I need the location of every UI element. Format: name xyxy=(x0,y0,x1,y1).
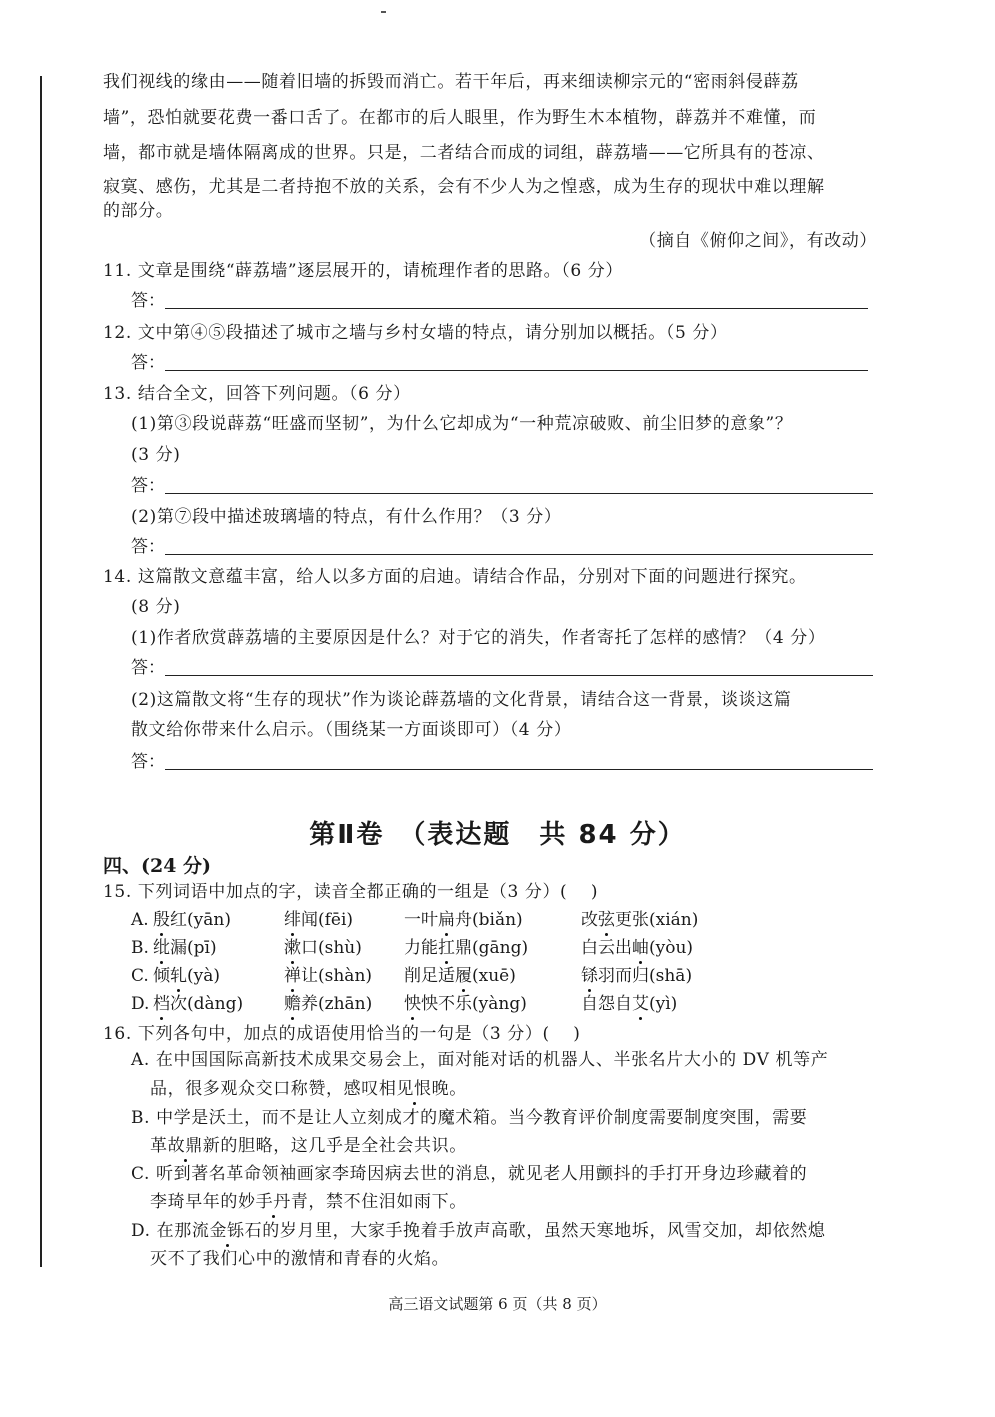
emphasis-char: 绯 xyxy=(284,910,301,930)
emphasis-idiom: 革故鼎新 xyxy=(150,1136,220,1156)
question-13-sub1: (1)第③段说薜荔“旺盛而坚韧”，为什么它却成为“一种荒凉破败、前尘旧梦的意象”… xyxy=(131,414,792,434)
passage-line: 墙，都市就是墙体隔离成的世界。只是，二者结合而成的词组，薜荔墙——它所具有的苍凉… xyxy=(103,143,878,163)
answer-field-12[interactable]: 答： xyxy=(131,353,868,373)
option-a-line2: 品，很多观众交口称赞，感叹相见恨晚。 xyxy=(150,1079,467,1099)
word-item: 怏怏不乐(yàng) xyxy=(404,994,527,1014)
passage-line: 我们视线的缘由——随着旧墙的拆毁而消亡。若干年后，再来细读柳宗元的“密雨斜侵薜荔 xyxy=(103,72,878,92)
option-c-line2: 李琦早年的妙手丹青，禁不住泪如雨下。 xyxy=(150,1192,467,1212)
question-14-sub2: (2)这篇散文将“生存的现状”作为谈论薜荔墙的文化背景，请结合这一背景，谈谈这篇 xyxy=(131,690,791,710)
question-12: 12. 文中第④⑤段描述了城市之墙与乡村女墙的特点，请分别加以概括。（5 分） xyxy=(103,323,728,343)
word-item: 殷红(yān) xyxy=(153,910,231,930)
question-13: 13. 结合全文，回答下列问题。（6 分） xyxy=(103,384,411,404)
emphasis-char: 扛 xyxy=(438,938,455,958)
emphasis-char: 禅 xyxy=(284,966,301,986)
emphasis-char: 赡 xyxy=(284,994,301,1014)
question-16: 16. 下列各句中，加点的成语使用恰当的一句是（3 分）( ) xyxy=(103,1024,581,1044)
question-11: 11. 文章是围绕“薜荔墙”逐层展开的，请梳理作者的思路。（6 分） xyxy=(103,261,623,281)
word-item: 纰漏(pī) xyxy=(153,938,217,958)
answer-label: 答： xyxy=(131,476,165,496)
emphasis-idiom: 妙手丹青 xyxy=(238,1192,308,1212)
emphasis-char: 怏 xyxy=(404,994,421,1014)
emphasis-char: 艾 xyxy=(632,994,649,1014)
scan-mark xyxy=(381,11,386,13)
word-item: 禅让(shàn) xyxy=(284,966,372,986)
word-item: 倾轧(yà) xyxy=(153,966,220,986)
question-14: 14. 这篇散文意蕴丰富，给人以多方面的启迪。请结合作品，分别对下面的问题进行探… xyxy=(103,567,807,587)
question-13-sub1-points: (3 分) xyxy=(131,445,180,465)
answer-label: 答： xyxy=(131,353,165,373)
option-label: A. xyxy=(131,910,149,930)
answer-label: 答： xyxy=(131,291,165,311)
answer-line[interactable] xyxy=(165,370,868,371)
option-label: B. xyxy=(131,938,149,958)
passage-line: 的部分。 xyxy=(103,201,878,221)
question-13-sub2: (2)第⑦段中描述玻璃墙的特点，有什么作用？（3 分） xyxy=(131,507,562,527)
question-14-sub1: (1)作者欣赏薜荔墙的主要原因是什么？对于它的消失，作者寄托了怎样的感情？（4 … xyxy=(131,628,826,648)
passage-line: 墙”，恐怕就要花费一番口舌了。在都市的后人眼里，作为野生木本植物，薜荔并不难懂，… xyxy=(103,108,878,128)
emphasis-char: 扁 xyxy=(438,910,455,930)
passage-line: 寂寞、感伤，尤其是二者持抱不放的关系，会有不少人为之惶惑，成为生存的现状中难以理… xyxy=(103,177,878,197)
answer-line[interactable] xyxy=(165,493,873,494)
word-item: 档次(dàng) xyxy=(153,994,243,1014)
word-item: 漱口(shù) xyxy=(284,938,362,958)
emphasis-char: 纰 xyxy=(153,938,170,958)
emphasis-char: 档 xyxy=(153,994,170,1014)
answer-line[interactable] xyxy=(165,308,868,309)
word-item: 力能扛鼎(gāng) xyxy=(404,938,528,958)
answer-field-13-2[interactable]: 答： xyxy=(131,537,873,557)
answer-label: 答： xyxy=(131,752,165,772)
option-c-line1[interactable]: C. 听到著名革命领袖画家李琦因病去世的消息，就见老人用颤抖的手打开身边珍藏着的 xyxy=(131,1164,807,1184)
answer-line[interactable] xyxy=(165,675,873,676)
passage-source: （摘自《俯仰之间》，有改动） xyxy=(639,231,877,251)
word-item: 一叶扁舟(biǎn) xyxy=(404,910,523,930)
answer-line[interactable] xyxy=(165,769,873,770)
option-d-line1[interactable]: D. 在那流金铄石的岁月里，大家手挽着手放声高歌，虽然天寒地坼，风雪交加，却依然… xyxy=(131,1221,825,1241)
word-item: 削足适履(xuē) xyxy=(404,966,516,986)
emphasis-char: 弦 xyxy=(598,910,615,930)
answer-field-14-2[interactable]: 答： xyxy=(131,752,873,772)
emphasis-char: 轧 xyxy=(170,966,187,986)
question-14-sub2-cont: 散文给你带来什么启示。（围绕某一方面谈即可）（4 分） xyxy=(131,720,571,740)
answer-line[interactable] xyxy=(165,554,873,555)
emphasis-char: 履 xyxy=(455,966,472,986)
word-item: 改弦更张(xián) xyxy=(581,910,698,930)
word-item: 绯闻(fēi) xyxy=(284,910,353,930)
emphasis-char: 岫 xyxy=(632,938,649,958)
word-item: 自怨自艾(yì) xyxy=(581,994,677,1014)
question-14-points: (8 分) xyxy=(131,597,180,617)
emphasis-idiom: 流金铄石 xyxy=(192,1221,262,1241)
answer-field-13-1[interactable]: 答： xyxy=(131,476,873,496)
binding-margin-line xyxy=(40,76,42,1267)
answer-label: 答： xyxy=(131,537,165,557)
emphasis-idiom: 相见恨晚 xyxy=(379,1079,449,1099)
question-15: 15. 下列词语中加点的字，读音全都正确的一组是（3 分）( ) xyxy=(103,882,598,902)
section-title: 第Ⅱ卷 （表达题 共 84 分） xyxy=(0,814,995,851)
page-footer: 高三语文试题第 6 页（共 8 页） xyxy=(0,1293,995,1314)
emphasis-char: 铩 xyxy=(581,966,598,986)
answer-field-14-1[interactable]: 答： xyxy=(131,658,873,678)
word-item: 赡养(zhān) xyxy=(284,994,372,1014)
emphasis-char: 殷 xyxy=(153,910,170,930)
option-d-line2: 灭不了我们心中的激情和青春的火焰。 xyxy=(150,1249,449,1269)
word-item: 白云出岫(yòu) xyxy=(581,938,693,958)
option-b-line2: 革故鼎新的胆略，这几乎是全社会共识。 xyxy=(150,1136,467,1156)
option-label: C. xyxy=(131,966,149,986)
part-heading: 四、(24 分) xyxy=(103,851,211,878)
answer-label: 答： xyxy=(131,658,165,678)
word-item: 铩羽而归(shā) xyxy=(581,966,692,986)
option-a-line1[interactable]: A. 在中国国际高新技术成果交易会上，面对能对话的机器人、半张名片大小的 DV … xyxy=(131,1050,828,1070)
answer-field-11[interactable]: 答： xyxy=(131,291,868,311)
option-label: D. xyxy=(131,994,149,1014)
option-b-line1[interactable]: B. 中学是沃土，而不是让人立刻成才的魔术箱。当今教育评价制度需要制度突围，需要 xyxy=(131,1108,807,1128)
emphasis-char: 漱 xyxy=(284,938,301,958)
